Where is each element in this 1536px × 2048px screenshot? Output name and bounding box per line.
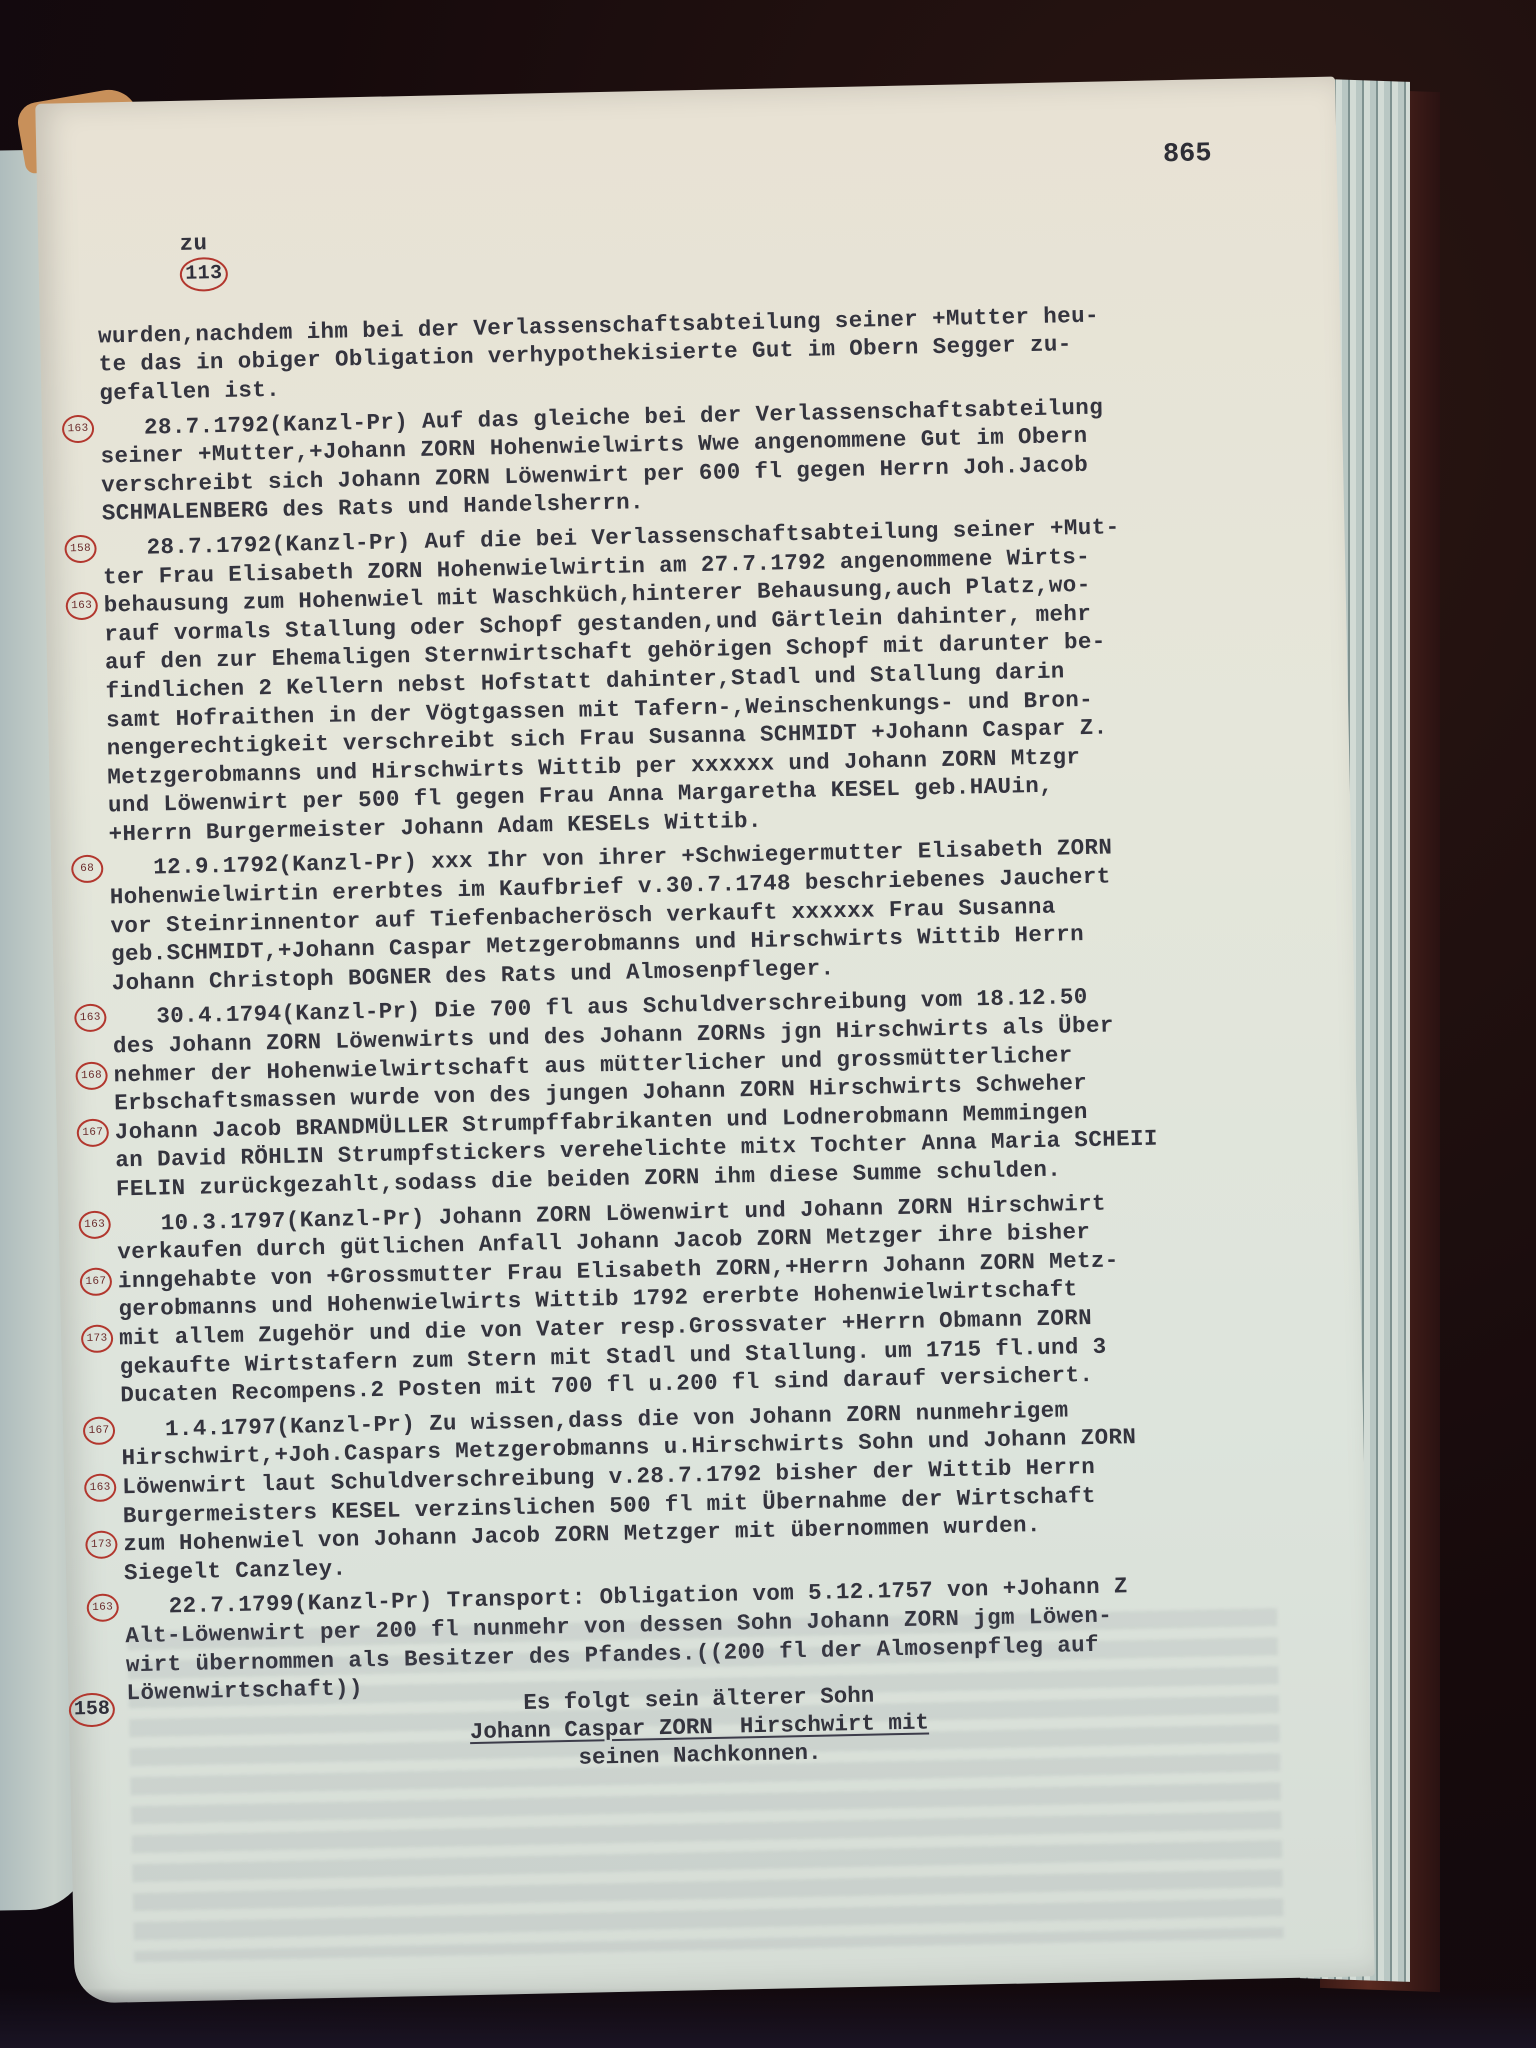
ledger-entry: 6812.9.1792(Kanzl-Pr) xxx Ihr von ihrer …: [109, 830, 1292, 998]
header-ref-circle: 113: [180, 257, 228, 292]
margin-ref-circle: 163: [74, 1004, 107, 1033]
ledger-entry: 16328.7.1792(Kanzl-Pr) Auf das gleiche b…: [100, 389, 1282, 528]
margin-ref-circle: 158: [64, 535, 97, 564]
margin-ref-circle: 163: [65, 592, 98, 621]
entries-list: wurden,nachdem ihm bei der Verlassenscha…: [98, 298, 1307, 1708]
show-through-text: [127, 1608, 1284, 1962]
margin-ref-circle: 167: [83, 1416, 116, 1445]
margin-ref-circle: 173: [85, 1531, 118, 1560]
margin-ref-circle: 163: [86, 1594, 119, 1623]
typewritten-page: 865 zu 113 wurden,nachdem ihm bei der Ve…: [35, 77, 1375, 2004]
margin-ref-circle: 167: [77, 1118, 110, 1147]
closing-ref-circle: 158: [69, 1693, 116, 1728]
ledger-entry: 16310.3.1797(Kanzl-Pr) Johann ZORN Löwen…: [116, 1185, 1300, 1410]
closing-note: Es folgt sein älterer Sohn Johann Caspar…: [349, 1678, 1051, 1777]
ledger-entry: 16330.4.1794(Kanzl-Pr) Die 700 fl aus Sc…: [112, 979, 1296, 1204]
margin-ref-circle: 163: [62, 414, 95, 443]
page-number: 865: [1163, 139, 1212, 170]
ledger-entry: 1671.4.1797(Kanzl-Pr) Zu wissen,dass die…: [121, 1391, 1304, 1587]
margin-ref-circle: 173: [81, 1324, 114, 1353]
margin-ref-circle: 163: [78, 1210, 111, 1239]
margin-ref-circle: 167: [80, 1267, 113, 1296]
margin-ref-circle: 163: [84, 1473, 117, 1502]
page-body: zu 113 wurden,nachdem ihm bei der Verlas…: [95, 178, 1306, 1714]
ledger-entry: 15828.7.1792(Kanzl-Pr) Auf die bei Verla…: [102, 510, 1288, 849]
margin-ref-circle: 168: [75, 1061, 108, 1090]
header-ref-prefix: zu: [179, 230, 207, 257]
margin-ref-circle: 68: [71, 855, 104, 884]
table-surface: [0, 1988, 1536, 2048]
